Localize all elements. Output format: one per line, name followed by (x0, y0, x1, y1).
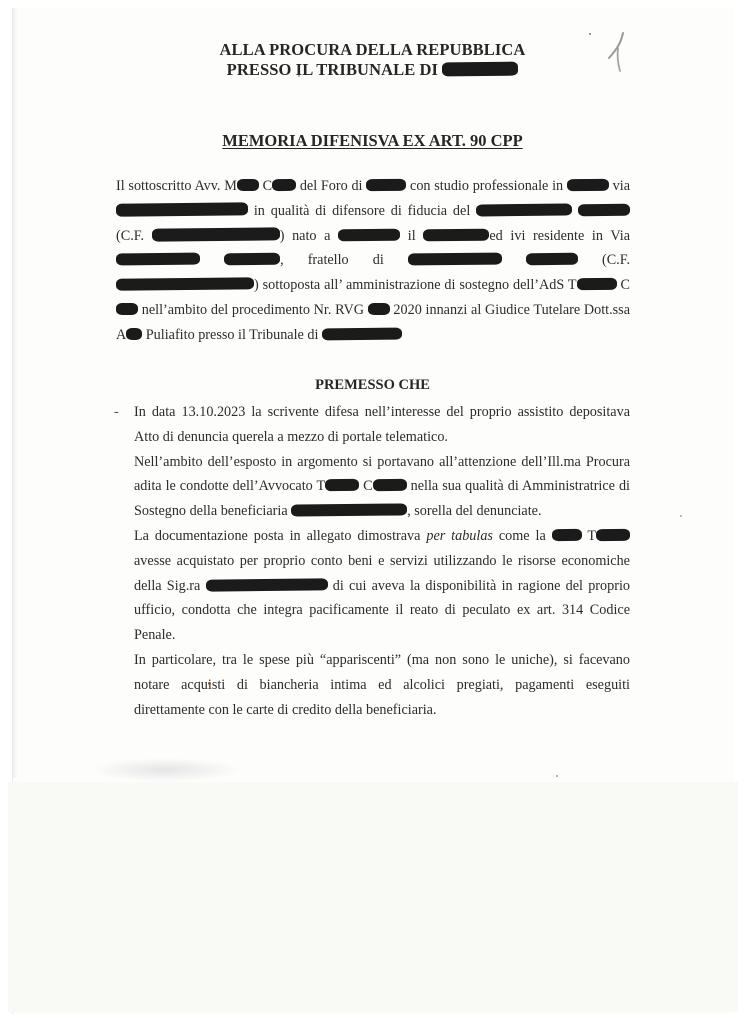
premise-italic-text: per tabulas (426, 528, 493, 544)
premise-text: come la (493, 528, 552, 544)
redaction (368, 303, 390, 315)
redaction (596, 529, 630, 541)
list-item: - In data 13.10.2023 la scrivente difesa… (134, 400, 630, 450)
section-heading: PREMESSO CHE (0, 375, 745, 395)
intro-text: nell’ambito del procedimento Nr. RVG (138, 302, 368, 318)
header-line-2: PRESSO IL TRIBUNALE DI (0, 60, 745, 80)
list-item: La documentazione posta in allegato dimo… (134, 524, 630, 648)
redaction (373, 479, 407, 491)
redaction (322, 327, 402, 340)
redaction (126, 328, 142, 340)
premise-text: C (359, 478, 372, 494)
premise-text: , sorella del denunciate. (407, 503, 541, 519)
intro-text: ) nato a (280, 228, 338, 244)
scan-speck (298, 75, 300, 77)
redaction (152, 227, 280, 241)
intro-text: con studio professionale in (406, 178, 567, 194)
intro-text: (C.F. (578, 252, 630, 268)
redaction (366, 179, 406, 191)
redaction (552, 529, 582, 541)
intro-text: via (609, 178, 630, 194)
dash-bullet-icon: - (114, 400, 119, 425)
redaction (577, 278, 617, 290)
header-line-2-text: PRESSO IL TRIBUNALE DI (227, 60, 438, 79)
premise-text: T (587, 528, 596, 544)
redaction (567, 179, 609, 191)
intro-text: C (259, 178, 272, 194)
intro-text: del Foro di (296, 178, 366, 194)
intro-text: Il sottoscritto Avv. M (116, 178, 237, 194)
intro-text: (C.F. (116, 228, 152, 244)
document-title: MEMORIA DIFENISVA EX ART. 90 CPP (0, 131, 745, 151)
document-header: ALLA PROCURA DELLA REPUBBLICA PRESSO IL … (0, 40, 745, 80)
intro-text: C (621, 277, 630, 293)
intro-text: il (400, 228, 423, 244)
redaction (423, 228, 489, 241)
scan-lower-area (8, 782, 738, 1012)
redaction (237, 179, 259, 191)
redaction (578, 204, 630, 217)
redaction (338, 228, 400, 241)
redaction (526, 253, 578, 266)
scan-speck (556, 775, 558, 777)
redaction (116, 303, 138, 315)
redaction (325, 479, 359, 491)
redaction (272, 179, 296, 191)
redaction (116, 253, 200, 266)
scan-speck (680, 515, 682, 517)
intro-text: , fratello di (280, 252, 408, 268)
redaction (442, 62, 518, 77)
redaction (291, 504, 407, 517)
redaction (476, 203, 572, 216)
premise-text: La documentazione posta in allegato dimo… (134, 528, 426, 544)
intro-paragraph: Il sottoscritto Avv. M C del Foro di con… (116, 174, 630, 348)
list-item: Nell’ambito dell’esposto in argomento si… (134, 450, 630, 524)
premise-text: In data 13.10.2023 la scrivente difesa n… (134, 404, 630, 445)
scan-speck (589, 33, 591, 35)
premises-list: - In data 13.10.2023 la scrivente difesa… (134, 400, 630, 722)
redaction (224, 253, 280, 266)
list-item: In particolare, tra le spese più “appari… (134, 648, 630, 722)
intro-text: ed ivi residente in Via (489, 228, 630, 244)
intro-text: ) sottoposta all’ amministrazione di sos… (254, 277, 577, 293)
redaction (116, 202, 248, 216)
scan-speck (208, 682, 211, 685)
scan-smudge (90, 758, 240, 782)
header-line-1: ALLA PROCURA DELLA REPUBBLICA (0, 40, 745, 60)
redaction (205, 578, 327, 591)
intro-text: Puliafito presso il Tribunale di (142, 327, 322, 343)
redaction (408, 253, 502, 266)
redaction (116, 277, 254, 290)
intro-text: in qualità di difensore di fiducia del (248, 203, 476, 219)
